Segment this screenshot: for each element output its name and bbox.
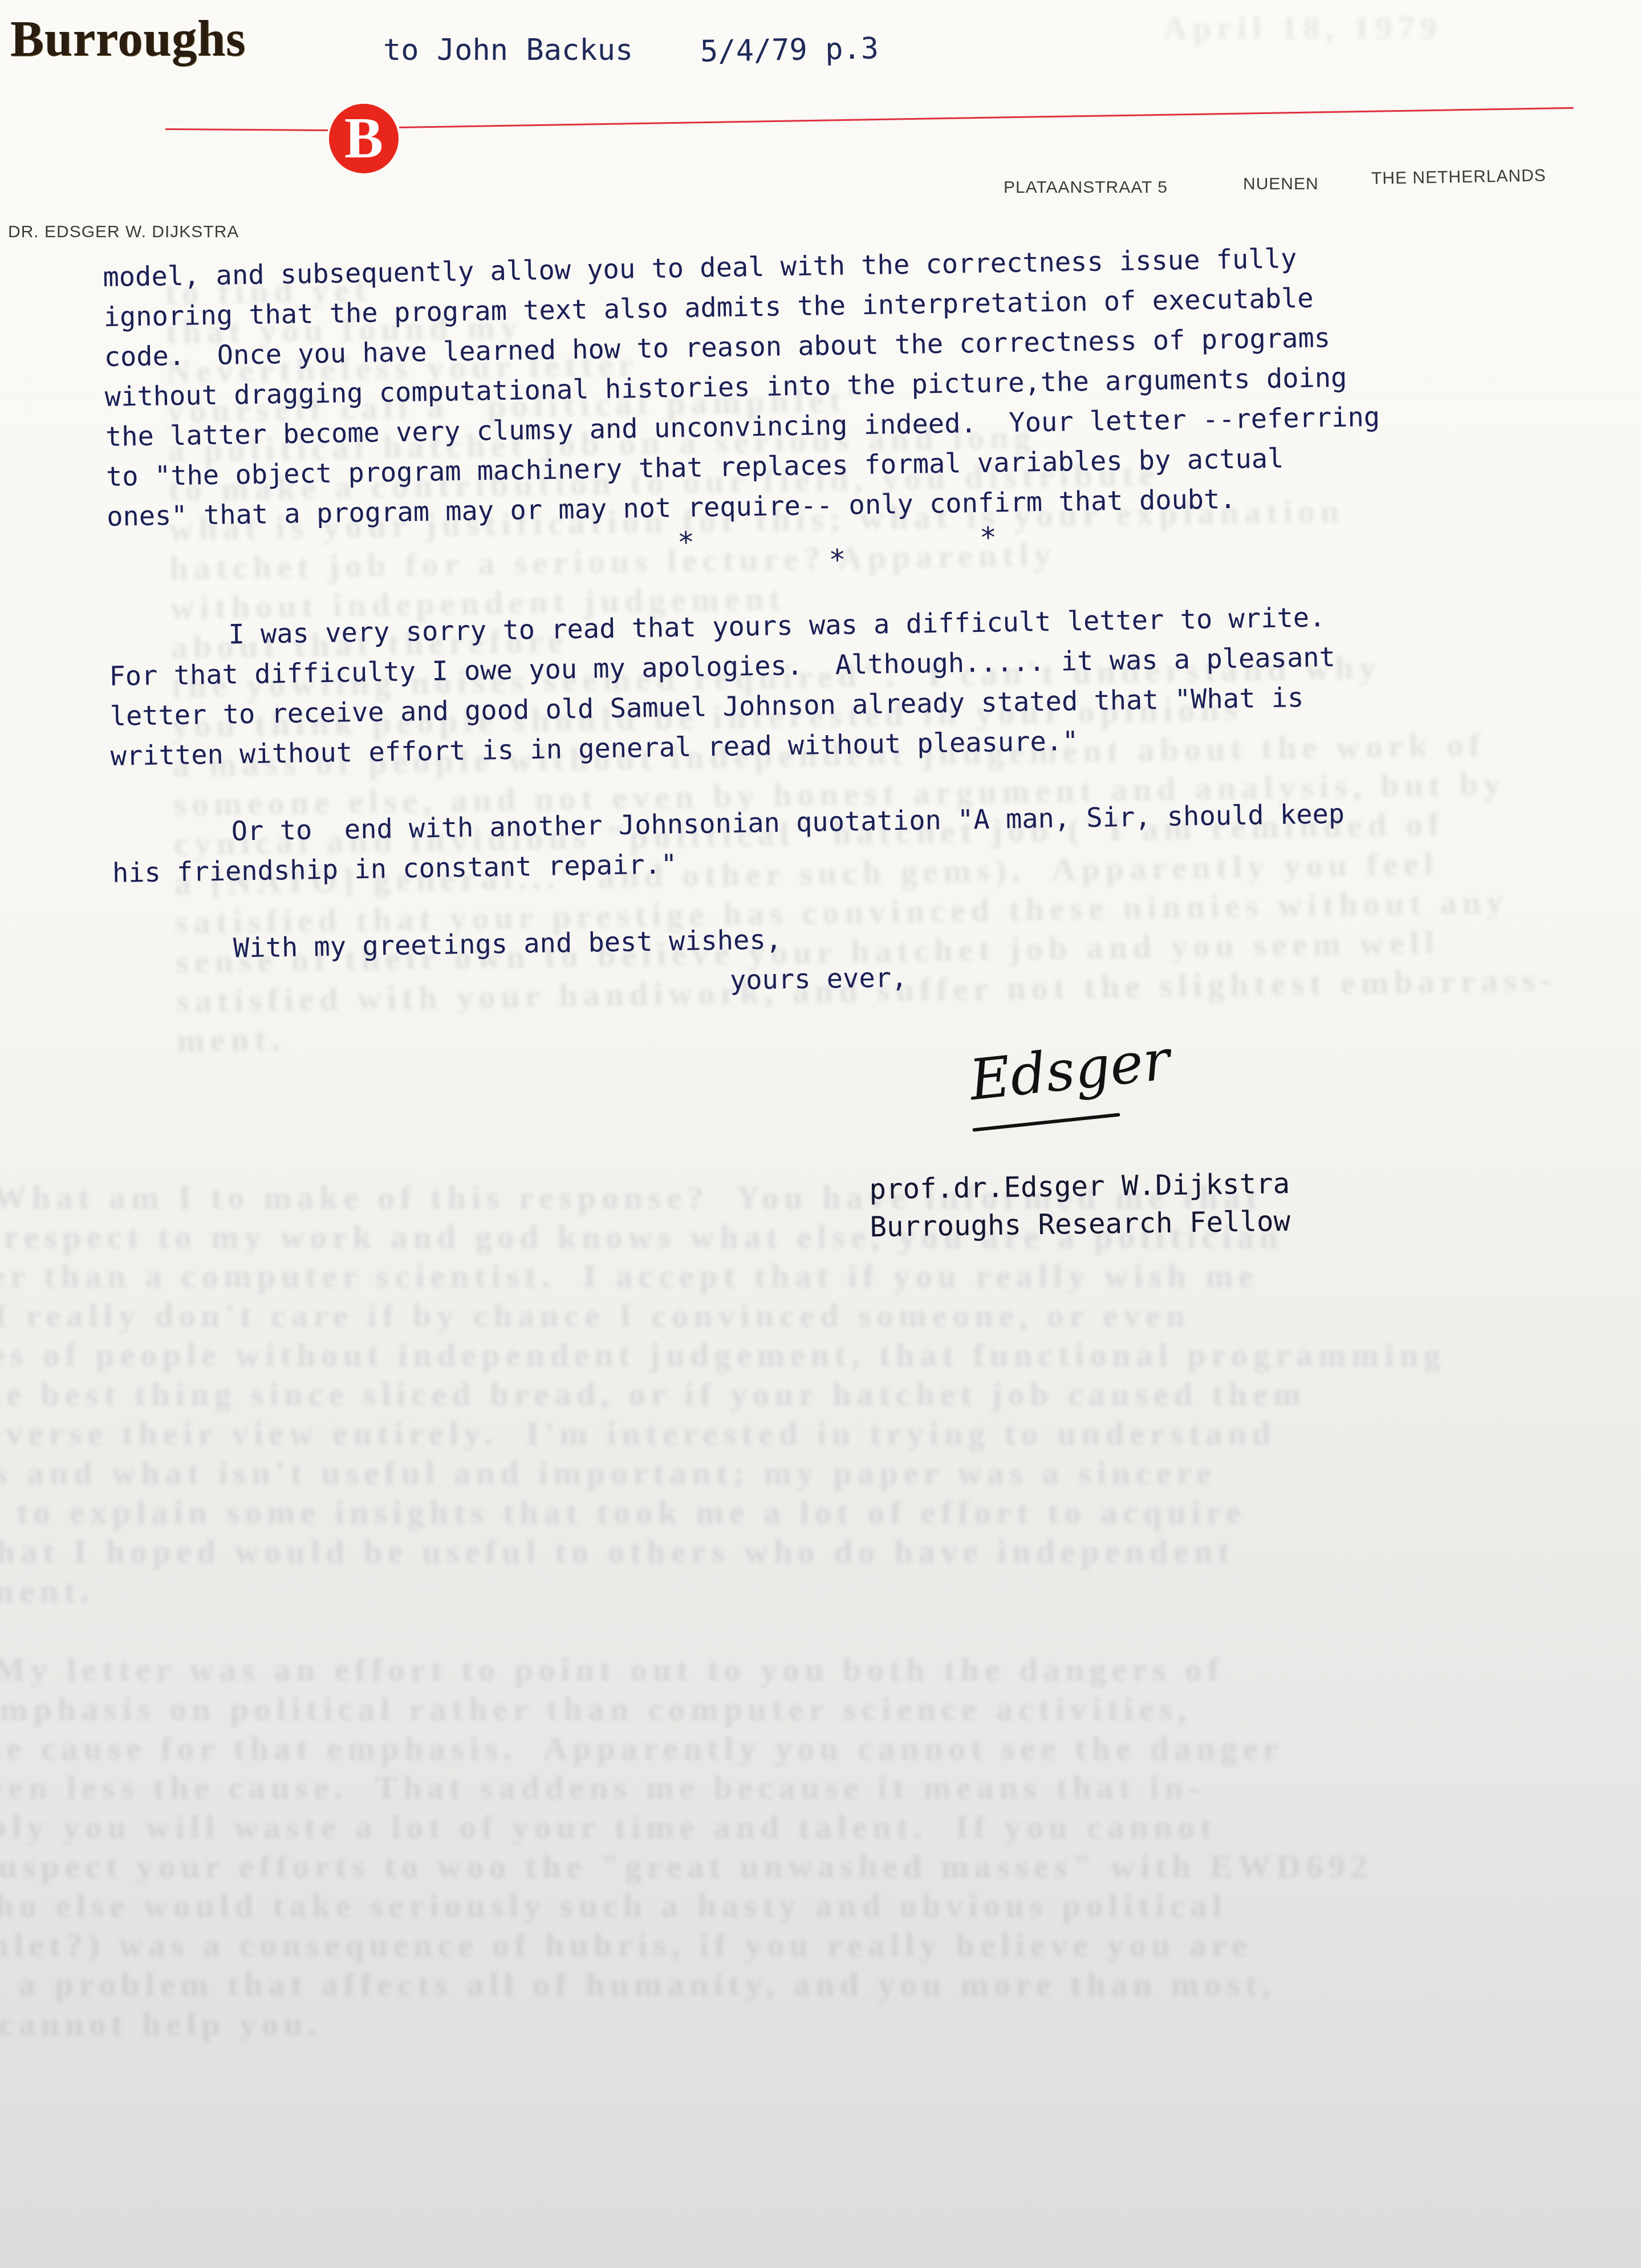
bleed-through-lower-text: What am I to make of this response? You … (0, 1178, 1446, 2043)
burroughs-logo-wordmark: Burroughs (10, 10, 246, 68)
signature-underline (972, 1113, 1120, 1131)
paragraph-1: model, and subsequently allow you to dea… (103, 234, 1601, 537)
star-icon: * (828, 540, 846, 580)
letter-body: model, and subsequently allow you to dea… (103, 234, 1608, 1011)
badge-letter: B (344, 109, 383, 168)
burroughs-b-badge-icon: B (329, 104, 399, 173)
star-icon: * (979, 517, 997, 557)
typed-name: prof.dr.Edsger W.Dijkstra (869, 1165, 1290, 1208)
bleed-through-date: April 18, 1979 (1163, 8, 1443, 47)
recipient-annotation: to John Backus (383, 33, 633, 67)
letterhead-rule-left (165, 128, 328, 131)
address-city: NUENEN (1243, 175, 1319, 194)
address-street: PLATAANSTRAAT 5 (1004, 178, 1168, 197)
typed-title: Burroughs Research Fellow (870, 1203, 1290, 1246)
date-page-annotation: 5/4/79 p.3 (700, 31, 879, 68)
star-icon: * (677, 522, 694, 562)
address-country: THE NETHERLANDS (1371, 166, 1546, 188)
typed-signature-block: prof.dr.Edsger W.DijkstraBurroughs Resea… (869, 1165, 1290, 1246)
sender-name: DR. EDSGER W. DIJKSTRA (8, 222, 239, 242)
paragraph-2: I was very sorry to read that yours was … (108, 594, 1605, 777)
letterhead-rule-right (399, 107, 1574, 128)
